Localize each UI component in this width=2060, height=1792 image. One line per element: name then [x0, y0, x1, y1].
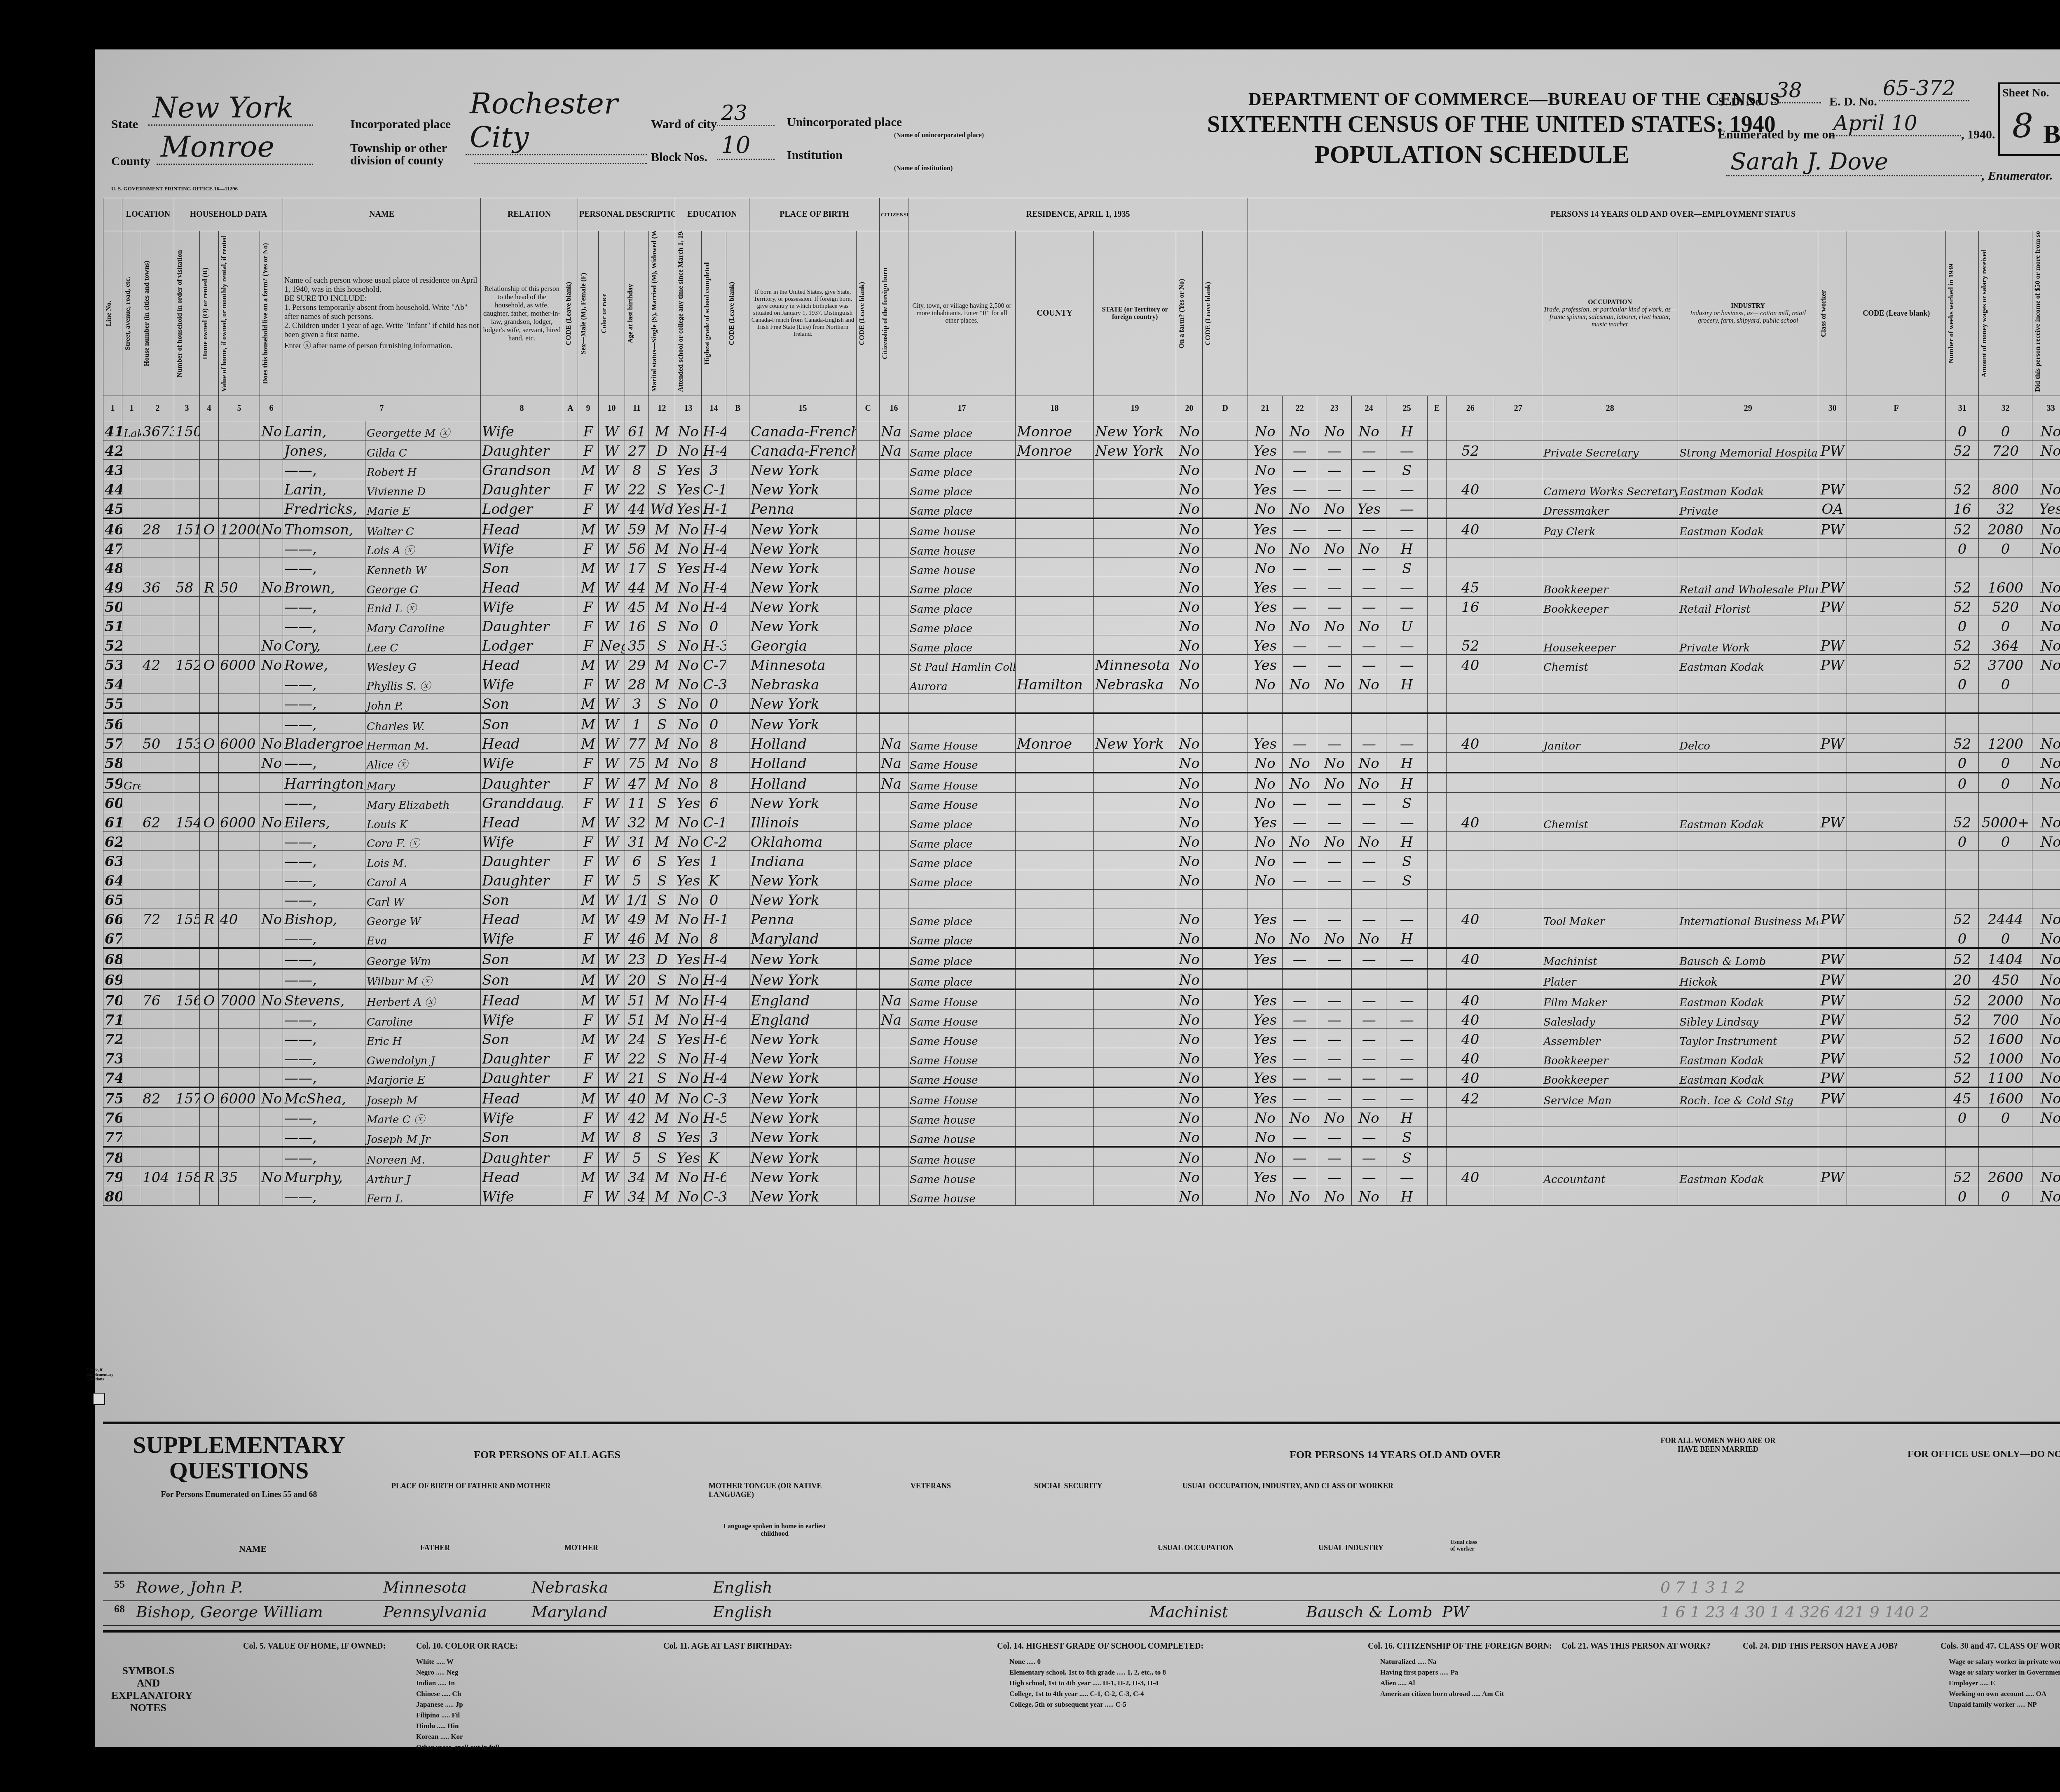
cell-citizen	[880, 539, 908, 558]
cell-f	[1847, 693, 1946, 714]
cell-d	[1203, 989, 1248, 1010]
cell-weeks: 52	[1946, 989, 1979, 1010]
cell-age: 3	[625, 693, 649, 714]
cell-other: No	[2032, 518, 2060, 539]
cell-line: 60	[103, 793, 122, 812]
cell-rescounty: Monroe	[1016, 440, 1094, 460]
cell-other: No	[2032, 773, 2060, 793]
cell-weeksunemp	[1494, 597, 1542, 616]
cell-weeks: 0	[1946, 1108, 1979, 1127]
cell-resstate	[1094, 693, 1176, 714]
cell-sex: F	[578, 1048, 599, 1068]
cell-rescounty	[1016, 1186, 1094, 1206]
cell-owned	[200, 440, 219, 460]
cell-wages: 520	[1979, 597, 2032, 616]
cell-weeks: 52	[1946, 440, 1979, 460]
cell-weeks	[1946, 713, 1979, 733]
cell-rescity	[908, 890, 1016, 909]
cell-marital: M	[649, 928, 675, 949]
cell-surname: ——,	[283, 539, 365, 558]
cell-birth: Oklahoma	[749, 832, 857, 851]
cell-e	[1428, 832, 1447, 851]
cell-visit: 151	[174, 518, 200, 539]
cell-c23: No	[1317, 499, 1352, 519]
supplementary-checkbox[interactable]	[93, 1393, 105, 1405]
colnum: 4	[200, 396, 219, 421]
hdr-street: Street, avenue, road, etc.	[124, 235, 132, 392]
cell-surname: Larin,	[283, 479, 365, 499]
cell-school: No	[675, 616, 702, 635]
cell-owned	[200, 832, 219, 851]
cell-d	[1203, 1147, 1248, 1167]
cell-value	[219, 832, 260, 851]
cell-birth: New York	[749, 1127, 857, 1147]
cell-resstate: Minnesota	[1094, 655, 1176, 674]
cell-c24: No	[1352, 1186, 1386, 1206]
cell-age: 59	[625, 518, 649, 539]
cell-c22: —	[1283, 460, 1317, 479]
sq-col-usual-class: Usual class of worker	[1450, 1539, 1479, 1553]
cell-age: 8	[625, 1127, 649, 1147]
cell-birth: Canada-French	[749, 440, 857, 460]
cell-citizen	[880, 655, 908, 674]
cell-c24: —	[1352, 909, 1386, 928]
cell-c23	[1317, 713, 1352, 733]
cell-owned: R	[200, 1167, 219, 1186]
cell-class: PW	[1818, 1048, 1847, 1068]
cell-given: Gilda C	[365, 440, 481, 460]
table-row: 43——,Robert HGrandsonMW8SYes3New YorkSam…	[103, 460, 2060, 479]
colnum: 8	[481, 396, 563, 421]
cell-resfarm: No	[1176, 1186, 1203, 1206]
cell-resfarm: No	[1176, 655, 1203, 674]
cell-c21	[1248, 969, 1283, 989]
cell-resfarm: No	[1176, 1108, 1203, 1127]
cell-street	[122, 635, 141, 655]
cell-resfarm: No	[1176, 851, 1203, 870]
cell-value	[219, 1068, 260, 1088]
cell-grade: H-6	[702, 1167, 726, 1186]
cell-f	[1847, 851, 1946, 870]
cell-f	[1847, 479, 1946, 499]
cell-visit: 150	[174, 421, 200, 440]
cell-street	[122, 1127, 141, 1147]
note-item: White ..... W	[416, 1656, 639, 1667]
cell-given: Marie E	[365, 499, 481, 519]
cell-street	[122, 577, 141, 597]
cell-c25: —	[1386, 1167, 1428, 1186]
cell-f	[1847, 518, 1946, 539]
cell-weeks: 0	[1946, 773, 1979, 793]
cell-sex: F	[578, 479, 599, 499]
cell-rescity	[908, 693, 1016, 714]
cell-race: W	[599, 753, 625, 773]
cell-resstate	[1094, 1108, 1176, 1127]
cell-age: 23	[625, 948, 649, 969]
cell-age: 56	[625, 539, 649, 558]
cell-value	[219, 616, 260, 635]
cell-c21: No	[1248, 928, 1283, 949]
cell-owned	[200, 1108, 219, 1127]
cell-age: 5	[625, 1147, 649, 1167]
hdr-code-a: CODE (Leave blank)	[564, 235, 573, 392]
cell-rescity: Same House	[908, 733, 1016, 753]
cell-industry: Sibley Lindsay	[1678, 1010, 1818, 1029]
cell-weeksunemp	[1494, 518, 1542, 539]
cell-other: No	[2032, 1087, 2060, 1108]
cell-farm	[260, 558, 283, 577]
cell-rescounty	[1016, 1167, 1094, 1186]
cell-race: W	[599, 479, 625, 499]
cell-sex: M	[578, 969, 599, 989]
cell-value	[219, 1186, 260, 1206]
cell-wages	[1979, 793, 2032, 812]
cell-relation: Grandson	[481, 460, 563, 479]
cell-a	[563, 969, 578, 989]
cell-c22	[1283, 890, 1317, 909]
cell-street	[122, 1186, 141, 1206]
cell-other: No	[2032, 1167, 2060, 1186]
table-row: 56——,Charles W.SonMW1SNo0New York56	[103, 713, 2060, 733]
cell-farm	[260, 616, 283, 635]
cell-given: Mary Caroline	[365, 616, 481, 635]
cell-line: 48	[103, 558, 122, 577]
cell-value	[219, 1127, 260, 1147]
cell-weeksunemp	[1494, 713, 1542, 733]
cell-a	[563, 1048, 578, 1068]
cell-visit: 152	[174, 655, 200, 674]
institution-note: (Name of institution)	[894, 165, 953, 172]
table-row: 74——,Marjorie EDaughterFW21SNoH-4New Yor…	[103, 1068, 2060, 1088]
cell-c23: No	[1317, 1186, 1352, 1206]
cell-c21	[1248, 890, 1283, 909]
cell-sex: F	[578, 851, 599, 870]
cell-grade: 8	[702, 733, 726, 753]
cell-c22: No	[1283, 421, 1317, 440]
cell-race: W	[599, 812, 625, 832]
cell-resstate	[1094, 793, 1176, 812]
cell-c21: No	[1248, 1147, 1283, 1167]
cell-marital: S	[649, 1068, 675, 1088]
cell-relation: Son	[481, 1029, 563, 1048]
cell-e	[1428, 1068, 1447, 1088]
cell-line: 79	[103, 1167, 122, 1186]
cell-grade: 0	[702, 713, 726, 733]
cell-b	[726, 733, 749, 753]
cell-weeks: 52	[1946, 518, 1979, 539]
cell-sex: F	[578, 635, 599, 655]
cell-owned	[200, 948, 219, 969]
cell-age: 42	[625, 1108, 649, 1127]
cell-industry	[1678, 832, 1818, 851]
cell-weeksunemp	[1494, 577, 1542, 597]
census-rows: 41Lake Ave3673150NoLarin,Georgette M ⓧWi…	[103, 421, 2060, 1206]
cell-surname: Brown,	[283, 577, 365, 597]
cell-relation: Wife	[481, 1186, 563, 1206]
cell-line: 71	[103, 1010, 122, 1029]
table-row: 76——,Marie C ⓧWifeFW42MNoH-5New YorkSame…	[103, 1108, 2060, 1127]
cell-resfarm: No	[1176, 616, 1203, 635]
cell-wages: 0	[1979, 753, 2032, 773]
cell-resfarm: No	[1176, 1147, 1203, 1167]
cell-surname: ——,	[283, 460, 365, 479]
cell-surname: ——,	[283, 1108, 365, 1127]
cell-weeksunemp	[1494, 753, 1542, 773]
cell-rescounty	[1016, 1048, 1094, 1068]
cell-wages	[1979, 890, 2032, 909]
cell-c23: —	[1317, 460, 1352, 479]
cell-d	[1203, 518, 1248, 539]
incorporated-place-label: Incorporated place	[350, 117, 451, 131]
cell-given: Caroline	[365, 1010, 481, 1029]
cell-street	[122, 1029, 141, 1048]
cell-c22: —	[1283, 870, 1317, 890]
cell-street	[122, 1108, 141, 1127]
enumerator-signature: Sarah J. Dove	[1726, 148, 1982, 176]
cell-citizen	[880, 1127, 908, 1147]
cell-house: 82	[141, 1087, 174, 1108]
cell-relation: Wife	[481, 421, 563, 440]
note-col16: Col. 16. CITIZENSHIP OF THE FOREIGN BORN…	[1368, 1640, 1552, 1652]
cell-class	[1818, 713, 1847, 733]
cell-rescounty	[1016, 890, 1094, 909]
cell-c25: —	[1386, 1068, 1428, 1088]
cell-marital: S	[649, 969, 675, 989]
colnum: 14	[702, 396, 726, 421]
cell-f	[1847, 1167, 1946, 1186]
cell-house	[141, 1048, 174, 1068]
cell-given: Marie C ⓧ	[365, 1108, 481, 1127]
table-row: 4628151O12000NoThomson,Walter CHeadMW59M…	[103, 518, 2060, 539]
cell-resfarm: No	[1176, 577, 1203, 597]
cell-resfarm	[1176, 693, 1203, 714]
cell-marital: S	[649, 851, 675, 870]
cell-owned	[200, 969, 219, 989]
cell-resstate: New York	[1094, 421, 1176, 440]
cell-school: Yes	[675, 948, 702, 969]
cell-owned: O	[200, 655, 219, 674]
cell-c22: —	[1283, 1010, 1317, 1029]
hdr-sex: Sex—Male (M), Female (F)	[579, 235, 588, 392]
cell-school: Yes	[675, 851, 702, 870]
cell-e	[1428, 1048, 1447, 1068]
cell-resstate	[1094, 539, 1176, 558]
cell-birth: Georgia	[749, 635, 857, 655]
cell-occupation	[1542, 713, 1678, 733]
cell-race: W	[599, 1068, 625, 1088]
cell-race: W	[599, 518, 625, 539]
cell-a	[563, 1068, 578, 1088]
cell-b	[726, 969, 749, 989]
cell-given: Joseph M Jr	[365, 1127, 481, 1147]
cell-birth: New York	[749, 616, 857, 635]
note-col24: Col. 24. DID THIS PERSON HAVE A JOB?	[1743, 1640, 1898, 1652]
cell-d	[1203, 832, 1248, 851]
cell-c21: No	[1248, 539, 1283, 558]
cell-weeks	[1946, 693, 1979, 714]
cell-wages: 32	[1979, 499, 2032, 519]
cell-occupation	[1542, 1108, 1678, 1127]
cell-line: 41	[103, 421, 122, 440]
cell-grade: 1	[702, 851, 726, 870]
cell-f	[1847, 1010, 1946, 1029]
cell-d	[1203, 870, 1248, 890]
cell-street: Lake Ave	[122, 421, 141, 440]
cell-age: 16	[625, 616, 649, 635]
cell-c24: —	[1352, 793, 1386, 812]
cell-weeksunemp	[1494, 989, 1542, 1010]
cell-e	[1428, 1010, 1447, 1029]
cell-hours	[1447, 558, 1494, 577]
cell-weeksunemp	[1494, 539, 1542, 558]
cell-school: No	[675, 539, 702, 558]
table-row: 64——,Carol ADaughterFW5SYesKNew YorkSame…	[103, 870, 2060, 890]
cell-resstate	[1094, 635, 1176, 655]
cell-citizen: Na	[880, 989, 908, 1010]
cell-c21: Yes	[1248, 597, 1283, 616]
cell-rescounty	[1016, 655, 1094, 674]
cell-c23: —	[1317, 1029, 1352, 1048]
cell-farm	[260, 870, 283, 890]
cell-c22: —	[1283, 851, 1317, 870]
cell-resfarm: No	[1176, 1087, 1203, 1108]
cell-race: W	[599, 793, 625, 812]
cell-given: Herman M.	[365, 733, 481, 753]
cell-b	[726, 1167, 749, 1186]
cell-hours	[1447, 870, 1494, 890]
cell-sex: F	[578, 1010, 599, 1029]
cell-resstate	[1094, 812, 1176, 832]
cell-c22: —	[1283, 812, 1317, 832]
cell-c	[857, 890, 880, 909]
cell-other	[2032, 851, 2060, 870]
cell-visit	[174, 793, 200, 812]
cell-d	[1203, 558, 1248, 577]
cell-c25: H	[1386, 1186, 1428, 1206]
cell-hours: 40	[1447, 479, 1494, 499]
cell-c22: —	[1283, 597, 1317, 616]
table-row: 45Fredricks,Marie ELodgerFW44WdYesH-1Pen…	[103, 499, 2060, 519]
cell-value: 6000	[219, 655, 260, 674]
cell-relation: Wife	[481, 597, 563, 616]
cell-house	[141, 499, 174, 519]
cell-visit	[174, 539, 200, 558]
cell-c23: —	[1317, 851, 1352, 870]
cell-c23	[1317, 890, 1352, 909]
cell-wages: 0	[1979, 674, 2032, 693]
cell-farm	[260, 1127, 283, 1147]
cell-school: No	[675, 518, 702, 539]
cell-e	[1428, 1029, 1447, 1048]
cell-a	[563, 890, 578, 909]
cell-c21: Yes	[1248, 812, 1283, 832]
cell-farm	[260, 1147, 283, 1167]
cell-surname: Jones,	[283, 440, 365, 460]
cell-occupation: Machinist	[1542, 948, 1678, 969]
cell-c22: No	[1283, 753, 1317, 773]
cell-surname: ——,	[283, 674, 365, 693]
cell-weeks: 0	[1946, 616, 1979, 635]
cell-weeks: 45	[1946, 1087, 1979, 1108]
cell-sex: F	[578, 674, 599, 693]
cell-c	[857, 832, 880, 851]
cell-house: 72	[141, 909, 174, 928]
note-col30: Cols. 30 and 47. CLASS OF WORKER:	[1941, 1640, 2060, 1652]
cell-other: No	[2032, 440, 2060, 460]
cell-c25	[1386, 693, 1428, 714]
cell-c24: —	[1352, 1167, 1386, 1186]
cell-rescity: Same place	[908, 635, 1016, 655]
cell-resstate	[1094, 890, 1176, 909]
cell-resstate	[1094, 558, 1176, 577]
cell-farm	[260, 890, 283, 909]
cell-sex: F	[578, 440, 599, 460]
cell-grade: 0	[702, 890, 726, 909]
cell-given: Joseph M	[365, 1087, 481, 1108]
hdr-school: Attended school or college any time sinc…	[677, 235, 685, 392]
cell-a	[563, 440, 578, 460]
cell-wages: 3700	[1979, 655, 2032, 674]
cell-industry	[1678, 1127, 1818, 1147]
cell-c22: No	[1283, 832, 1317, 851]
table-row: 62——,Cora F. ⓧWifeFW31MNoC-2OklahomaSame…	[103, 832, 2060, 851]
cell-c22: No	[1283, 1186, 1317, 1206]
cell-d	[1203, 635, 1248, 655]
cell-industry	[1678, 870, 1818, 890]
table-row: 78——,Noreen M.DaughterFW5SYesKNew YorkSa…	[103, 1147, 2060, 1167]
cell-rescounty	[1016, 1087, 1094, 1108]
block-label: Block Nos.	[651, 150, 707, 164]
county-value: Monroe	[157, 130, 313, 165]
cell-c23: —	[1317, 793, 1352, 812]
cell-occupation: Chemist	[1542, 812, 1678, 832]
cell-class	[1818, 558, 1847, 577]
table-row: 5750153O6000NoBladergroen,Herman M.HeadM…	[103, 733, 2060, 753]
cell-c	[857, 1167, 880, 1186]
cell-relation: Head	[481, 1167, 563, 1186]
ed-label: E. D. No.	[1829, 95, 1877, 109]
cell-given: Alice ⓧ	[365, 753, 481, 773]
cell-citizen	[880, 969, 908, 989]
cell-a	[563, 577, 578, 597]
cell-school: Yes	[675, 1029, 702, 1048]
cell-weeks: 52	[1946, 1029, 1979, 1048]
cell-line: 49	[103, 577, 122, 597]
cell-relation: Head	[481, 733, 563, 753]
cell-sex: F	[578, 421, 599, 440]
cell-school: Yes	[675, 499, 702, 519]
cell-c	[857, 851, 880, 870]
cell-a	[563, 693, 578, 714]
note-item: College, 5th or subsequent year ..... C-…	[1009, 1699, 1298, 1710]
cell-grade: 0	[702, 616, 726, 635]
cell-class: PW	[1818, 948, 1847, 969]
cell-other: No	[2032, 1029, 2060, 1048]
table-row: 6162154O6000NoEilers,Louis KHeadMW32MNoC…	[103, 812, 2060, 832]
cell-c	[857, 1048, 880, 1068]
table-row: 68——,George WmSonMW23DYesH-4New YorkSame…	[103, 948, 2060, 969]
colnum: C	[857, 396, 880, 421]
cell-c24: —	[1352, 1127, 1386, 1147]
table-row: 55——,John P.SonMW3SNo0New York55	[103, 693, 2060, 714]
cell-b	[726, 693, 749, 714]
cell-given: Noreen M.	[365, 1147, 481, 1167]
cell-wages: 2000	[1979, 989, 2032, 1010]
cell-c	[857, 539, 880, 558]
colnum: 15	[749, 396, 857, 421]
cell-given: Eric H	[365, 1029, 481, 1048]
cell-c21: Yes	[1248, 1010, 1283, 1029]
